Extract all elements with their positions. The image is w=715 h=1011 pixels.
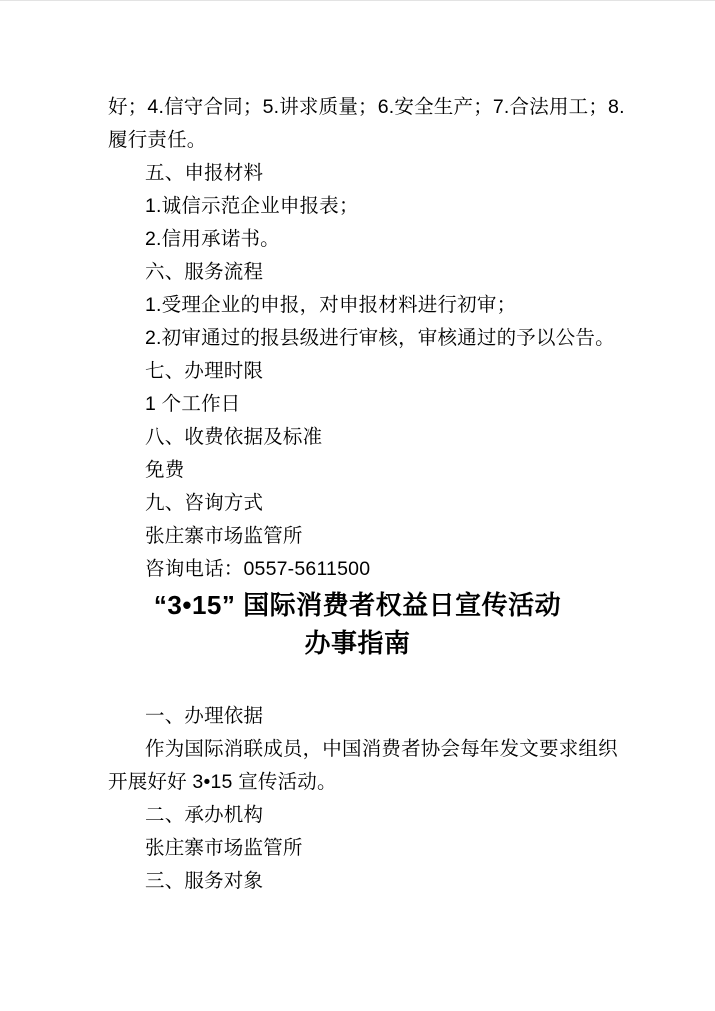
paragraph-line: 作为国际消联成员，中国消费者协会每年发文要求组织	[145, 733, 675, 766]
phone-number-text: 咨询电话：0557-5611500	[145, 553, 675, 586]
list-item-county-review: 2.初审通过的报县级进行审核，审核通过的予以公告。	[145, 322, 675, 355]
section-heading-three-service-target: 三、服务对象	[145, 865, 675, 898]
fee-text: 免费	[145, 454, 675, 487]
list-item-application-form: 1.诚信示范企业申报表；	[145, 190, 675, 223]
list-item-credit-commitment: 2.信用承诺书。	[145, 223, 675, 256]
agency-name-text: 张庄寨市场监管所	[145, 520, 675, 553]
section-heading-five-application-materials: 五、申报材料	[145, 157, 675, 190]
section-heading-one-basis: 一、办理依据	[145, 700, 675, 733]
document-title-line-2: 办事指南	[55, 624, 660, 662]
section-heading-two-undertaking-agency: 二、承办机构	[145, 799, 675, 832]
document-title-line-1: “3•15” 国际消费者权益日宣传活动	[55, 586, 660, 624]
document-page: 好；4.信守合同；5.讲求质量；6.安全生产；7.合法用工；8. 履行责任。 五…	[0, 0, 715, 1011]
section-heading-nine-consultation: 九、咨询方式	[145, 487, 675, 520]
paragraph-line: 履行责任。	[108, 124, 675, 157]
agency-name-text: 张庄寨市场监管所	[145, 832, 675, 865]
paragraph-continuation-line: 好；4.信守合同；5.讲求质量；6.安全生产；7.合法用工；8.	[108, 91, 675, 124]
paragraph-continuation-line: 开展好好 3•15 宣传活动。	[108, 766, 675, 799]
section-heading-seven-time-limit: 七、办理时限	[145, 355, 675, 388]
processing-time-text: 1 个工作日	[145, 388, 675, 421]
section-heading-six-service-process: 六、服务流程	[145, 256, 675, 289]
list-item-initial-review: 1.受理企业的申报，对申报材料进行初审；	[145, 289, 675, 322]
section-heading-eight-fee-standard: 八、收费依据及标准	[145, 421, 675, 454]
